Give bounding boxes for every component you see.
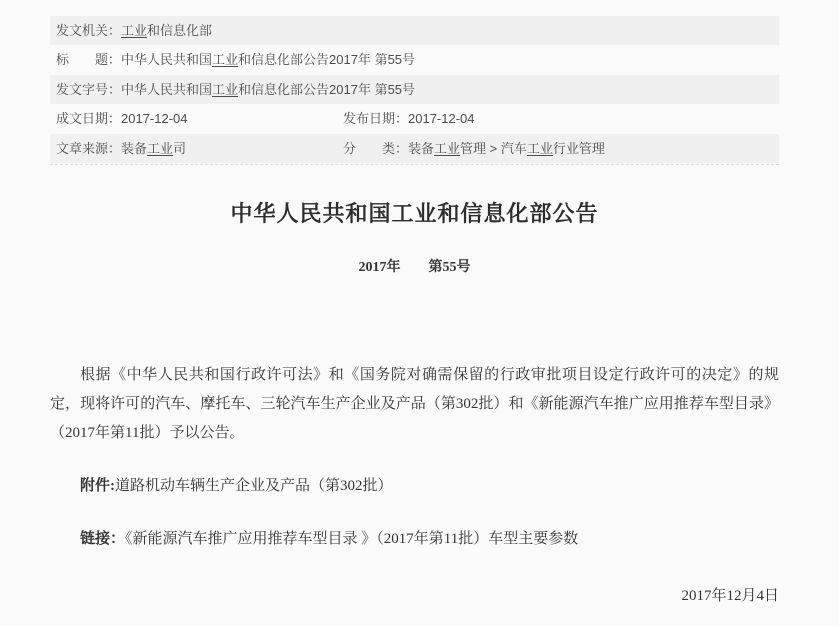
document-date: 2017年12月4日	[50, 586, 779, 606]
meta-value-written-date: 2017-12-04	[121, 111, 188, 126]
meta-cell-category: 分 类：装备工业管理 > 汽车工业行业管理	[343, 134, 779, 163]
meta-cell-source: 文章来源：装备工业司	[56, 134, 343, 163]
document-title: 中华人民共和国工业和信息化部公告	[50, 197, 779, 228]
meta-row-document-number: 发文字号：中华人民共和国工业和信息化部公告2017年 第55号	[50, 75, 779, 104]
document-page: 发文机关：工业和信息化部 标 题：中华人民共和国工业和信息化部公告2017年 第…	[0, 0, 839, 626]
related-link-line: 链接：《新能源汽车推广应用推荐车型目录 》（2017年第11批）车型主要参数	[50, 529, 779, 549]
meta-value-source: 装备工业司	[121, 141, 186, 156]
related-link-label: 链接：	[80, 531, 125, 547]
meta-row-source-category: 文章来源：装备工业司 分 类：装备工业管理 > 汽车工业行业管理	[50, 134, 779, 163]
meta-label-source: 文章来源：	[56, 141, 121, 156]
meta-cell-publish-date: 发布日期：2017-12-04	[343, 104, 779, 133]
related-link[interactable]: 《新能源汽车推广应用推荐车型目录 》（2017年第11批）车型主要参数	[125, 531, 578, 547]
meta-label-document-number: 发文字号：	[56, 75, 121, 104]
attachment-label: 附件:	[80, 478, 115, 494]
announcement-article: 中华人民共和国工业和信息化部公告 2017年 第55号 根据《中华人民共和国行政…	[50, 163, 779, 626]
meta-row-dates: 成文日期：2017-12-04 发布日期：2017-12-04	[50, 104, 779, 133]
meta-row-issuing-agency: 发文机关：工业和信息化部	[50, 16, 779, 45]
attachment-line: 附件:道路机动车辆生产企业及产品（第302批）	[50, 476, 779, 496]
meta-value-publish-date: 2017-12-04	[408, 111, 475, 126]
meta-label-publish-date: 发布日期：	[343, 111, 408, 126]
meta-label-issuing-agency: 发文机关：	[56, 16, 121, 45]
issue-number: 2017年 第55号	[50, 256, 779, 276]
announcement-paragraph: 根据《中华人民共和国行政许可法》和《国务院对确需保留的行政审批项目设定行政许可的…	[50, 361, 779, 448]
meta-label-title: 标 题：	[56, 45, 121, 74]
meta-value-issuing-agency: 工业和信息化部	[121, 16, 212, 45]
attachment-link[interactable]: 道路机动车辆生产企业及产品（第302批）	[115, 478, 393, 494]
meta-row-title: 标 题：中华人民共和国工业和信息化部公告2017年 第55号	[50, 45, 779, 74]
meta-cell-written-date: 成文日期：2017-12-04	[56, 104, 343, 133]
document-meta-table: 发文机关：工业和信息化部 标 题：中华人民共和国工业和信息化部公告2017年 第…	[50, 16, 779, 165]
meta-value-category-breadcrumb: 装备工业管理 > 汽车工业行业管理	[408, 141, 605, 156]
meta-value-title: 中华人民共和国工业和信息化部公告2017年 第55号	[121, 45, 415, 74]
meta-label-category: 分 类：	[343, 141, 408, 156]
meta-label-written-date: 成文日期：	[56, 111, 121, 126]
meta-value-document-number: 中华人民共和国工业和信息化部公告2017年 第55号	[121, 75, 415, 104]
